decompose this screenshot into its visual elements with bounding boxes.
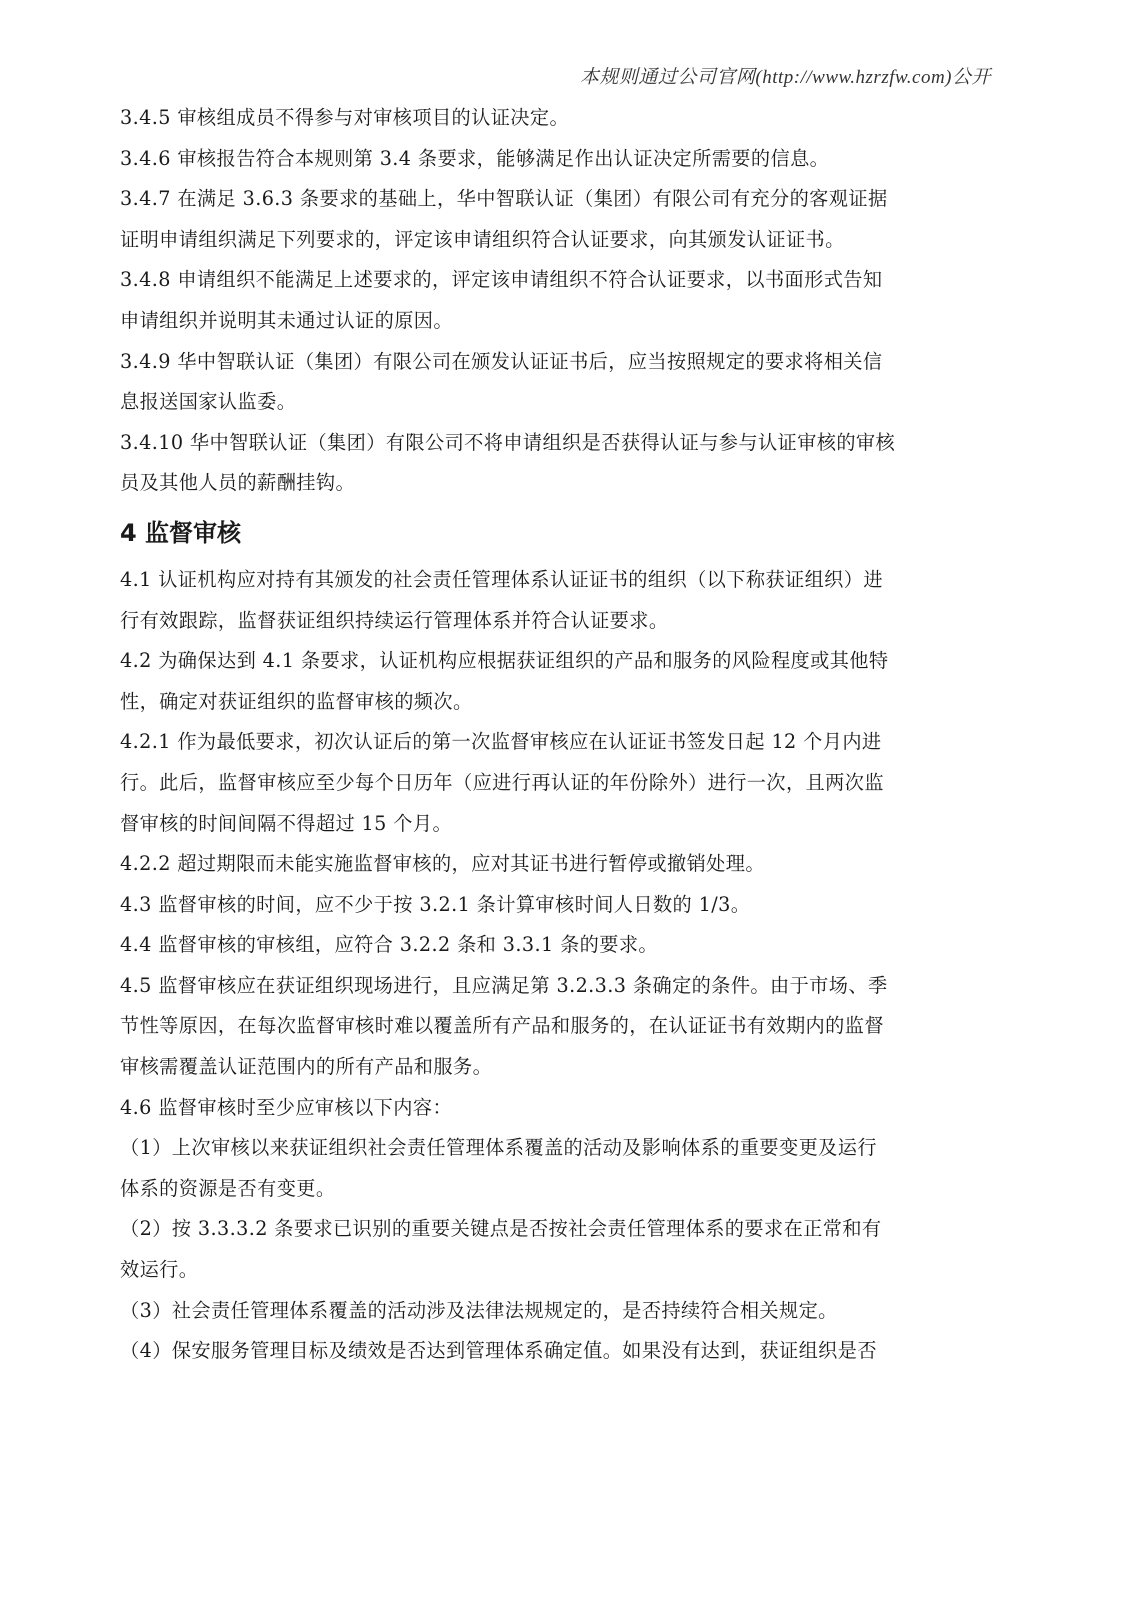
paragraph-line: 4.2 为确保达到 4.1 条要求，认证机构应根据获证组织的产品和服务的风险程度… [120, 641, 992, 682]
paragraph-line: 4.3 监督审核的时间，应不少于按 3.2.1 条计算审核时间人日数的 1/3。 [120, 885, 992, 926]
paragraph-line: 申请组织并说明其未通过认证的原因。 [120, 301, 992, 342]
paragraph-line: （1）上次审核以来获证组织社会责任管理体系覆盖的活动及影响体系的重要变更及运行 [120, 1128, 992, 1169]
paragraph-line: 3.4.7 在满足 3.6.3 条要求的基础上，华中智联认证（集团）有限公司有充… [120, 179, 992, 220]
paragraph-line: 3.4.6 审核报告符合本规则第 3.4 条要求，能够满足作出认证决定所需要的信… [120, 139, 992, 180]
paragraph-line: 4.4 监督审核的审核组，应符合 3.2.2 条和 3.3.1 条的要求。 [120, 925, 992, 966]
paragraph-line: 3.4.5 审核组成员不得参与对审核项目的认证决定。 [120, 98, 992, 139]
document-body: 3.4.5 审核组成员不得参与对审核项目的认证决定。 3.4.6 审核报告符合本… [120, 98, 992, 1372]
paragraph-line: （4）保安服务管理目标及绩效是否达到管理体系确定值。如果没有达到，获证组织是否 [120, 1331, 992, 1372]
paragraph-line: 审核需覆盖认证范围内的所有产品和服务。 [120, 1047, 992, 1088]
paragraph-line: 督审核的时间间隔不得超过 15 个月。 [120, 804, 992, 845]
paragraph-line: 行。此后，监督审核应至少每个日历年（应进行再认证的年份除外）进行一次，且两次监 [120, 763, 992, 804]
paragraph-line: 3.4.8 申请组织不能满足上述要求的，评定该申请组织不符合认证要求，以书面形式… [120, 260, 992, 301]
paragraph-line: 3.4.9 华中智联认证（集团）有限公司在颁发认证证书后，应当按照规定的要求将相… [120, 342, 992, 383]
paragraph-line: 4.2.2 超过期限而未能实施监督审核的，应对其证书进行暂停或撤销处理。 [120, 844, 992, 885]
page-header-disclosure: 本规则通过公司官网(http://www.hzrzfw.com)公开 [580, 62, 991, 89]
paragraph-line: 行有效跟踪，监督获证组织持续运行管理体系并符合认证要求。 [120, 601, 992, 642]
paragraph-line: 4.2.1 作为最低要求，初次认证后的第一次监督审核应在认证证书签发日起 12 … [120, 722, 992, 763]
paragraph-line: 体系的资源是否有变更。 [120, 1169, 992, 1210]
paragraph-line: （2）按 3.3.3.2 条要求已识别的重要关键点是否按社会责任管理体系的要求在… [120, 1209, 992, 1250]
paragraph-line: 4.6 监督审核时至少应审核以下内容： [120, 1088, 992, 1129]
paragraph-line: 证明申请组织满足下列要求的，评定该申请组织符合认证要求，向其颁发认证证书。 [120, 220, 992, 261]
paragraph-line: 3.4.10 华中智联认证（集团）有限公司不将申请组织是否获得认证与参与认证审核… [120, 423, 992, 464]
paragraph-line: 性，确定对获证组织的监督审核的频次。 [120, 682, 992, 723]
paragraph-line: 员及其他人员的薪酬挂钩。 [120, 463, 992, 504]
paragraph-line: 节性等原因，在每次监督审核时难以覆盖所有产品和服务的，在认证证书有效期内的监督 [120, 1006, 992, 1047]
section-heading: 4 监督审核 [120, 506, 992, 560]
paragraph-line: 效运行。 [120, 1250, 992, 1291]
paragraph-line: 息报送国家认监委。 [120, 382, 992, 423]
paragraph-line: 4.1 认证机构应对持有其颁发的社会责任管理体系认证证书的组织（以下称获证组织）… [120, 560, 992, 601]
paragraph-line: （3）社会责任管理体系覆盖的活动涉及法律法规规定的，是否持续符合相关规定。 [120, 1291, 992, 1332]
paragraph-line: 4.5 监督审核应在获证组织现场进行，且应满足第 3.2.3.3 条确定的条件。… [120, 966, 992, 1007]
